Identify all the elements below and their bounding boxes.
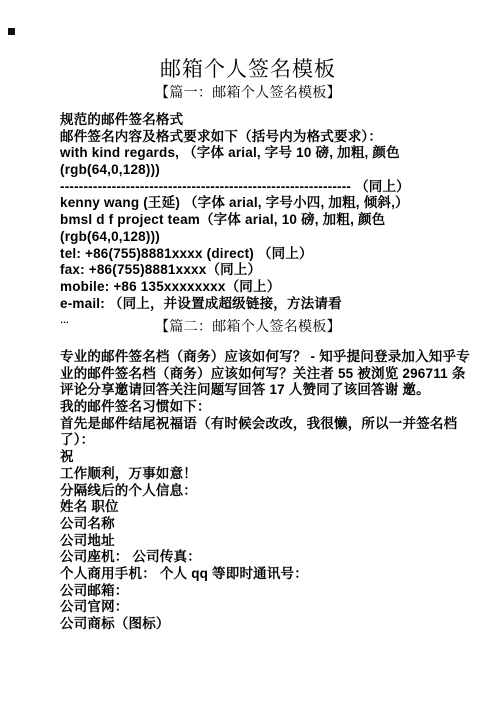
- text-line: 工作顺利，万事如意！: [60, 466, 444, 483]
- section-2-body: 专业的邮件签名档（商务）应该如何写？ - 知乎提问登录加入知乎专 业的邮件签名档…: [60, 349, 444, 633]
- section-2-heading: 【篇二：邮箱个人签名模板】: [0, 319, 496, 337]
- text-line: mobile: +86 135xxxxxxxx（同上）: [60, 279, 444, 296]
- text-line: 邮件签名内容及格式要求如下（括号内为格式要求）：: [60, 129, 444, 146]
- text-line: 公司商标（图标）: [60, 616, 444, 633]
- text-line: 姓名 职位: [60, 499, 444, 516]
- text-line: tel: +86(755)8881xxxx (direct) （同上）: [60, 246, 444, 263]
- text-line: kenny wang (王延) （字体 arial, 字号小四, 加粗, 倾斜,…: [60, 195, 444, 212]
- divider-line: ----------------------------------------…: [60, 179, 444, 196]
- text-line: (rgb(64,0,128))): [60, 162, 444, 179]
- text-line: 公司官网：: [60, 599, 444, 616]
- text-line: 规范的邮件签名格式: [60, 112, 444, 129]
- text-line: 祝: [60, 449, 444, 466]
- text-line: with kind regards, （字体 arial, 字号 10 磅, 加…: [60, 145, 444, 162]
- text-line: 了）：: [60, 432, 444, 449]
- text-line: 我的邮件签名习惯如下：: [60, 399, 444, 416]
- document-page: 邮箱个人签名模板 【篇一：邮箱个人签名模板】 规范的邮件签名格式 邮件签名内容及…: [0, 0, 496, 702]
- text-line: 公司名称: [60, 516, 444, 533]
- text-line: e-mail: （同上，并设置成超级链接，方法请看: [60, 296, 444, 313]
- section-1-body: 规范的邮件签名格式 邮件签名内容及格式要求如下（括号内为格式要求）： with …: [60, 112, 444, 329]
- page-corner-mark: [8, 28, 15, 35]
- text-line: bmsl d f project team（字体 arial, 10 磅, 加粗…: [60, 212, 444, 229]
- text-line: 业的邮件签名档（商务）应该如何写？关注者 55 被浏览 296711 条: [60, 366, 444, 383]
- text-line: (rgb(64,0,128))): [60, 229, 444, 246]
- text-line: 评论分享邀请回答关注问题写回答 17 人赞同了该回答谢 邀。: [60, 382, 444, 399]
- text-line: 个人商用手机： 个人 qq 等即时通讯号：: [60, 566, 444, 583]
- text-line: 公司地址: [60, 533, 444, 550]
- text-line: 首先是邮件结尾祝福语（有时候会改改，我很懒，所以一并签名档: [60, 416, 444, 433]
- section-1-heading: 【篇一：邮箱个人签名模板】: [0, 85, 496, 103]
- text-line: 分隔线后的个人信息：: [60, 483, 444, 500]
- document-title: 邮箱个人签名模板: [0, 56, 496, 82]
- text-line: 公司座机： 公司传真：: [60, 549, 444, 566]
- text-line: fax: +86(755)8881xxxx（同上）: [60, 262, 444, 279]
- text-line: 公司邮箱：: [60, 583, 444, 600]
- text-line: 专业的邮件签名档（商务）应该如何写？ - 知乎提问登录加入知乎专: [60, 349, 444, 366]
